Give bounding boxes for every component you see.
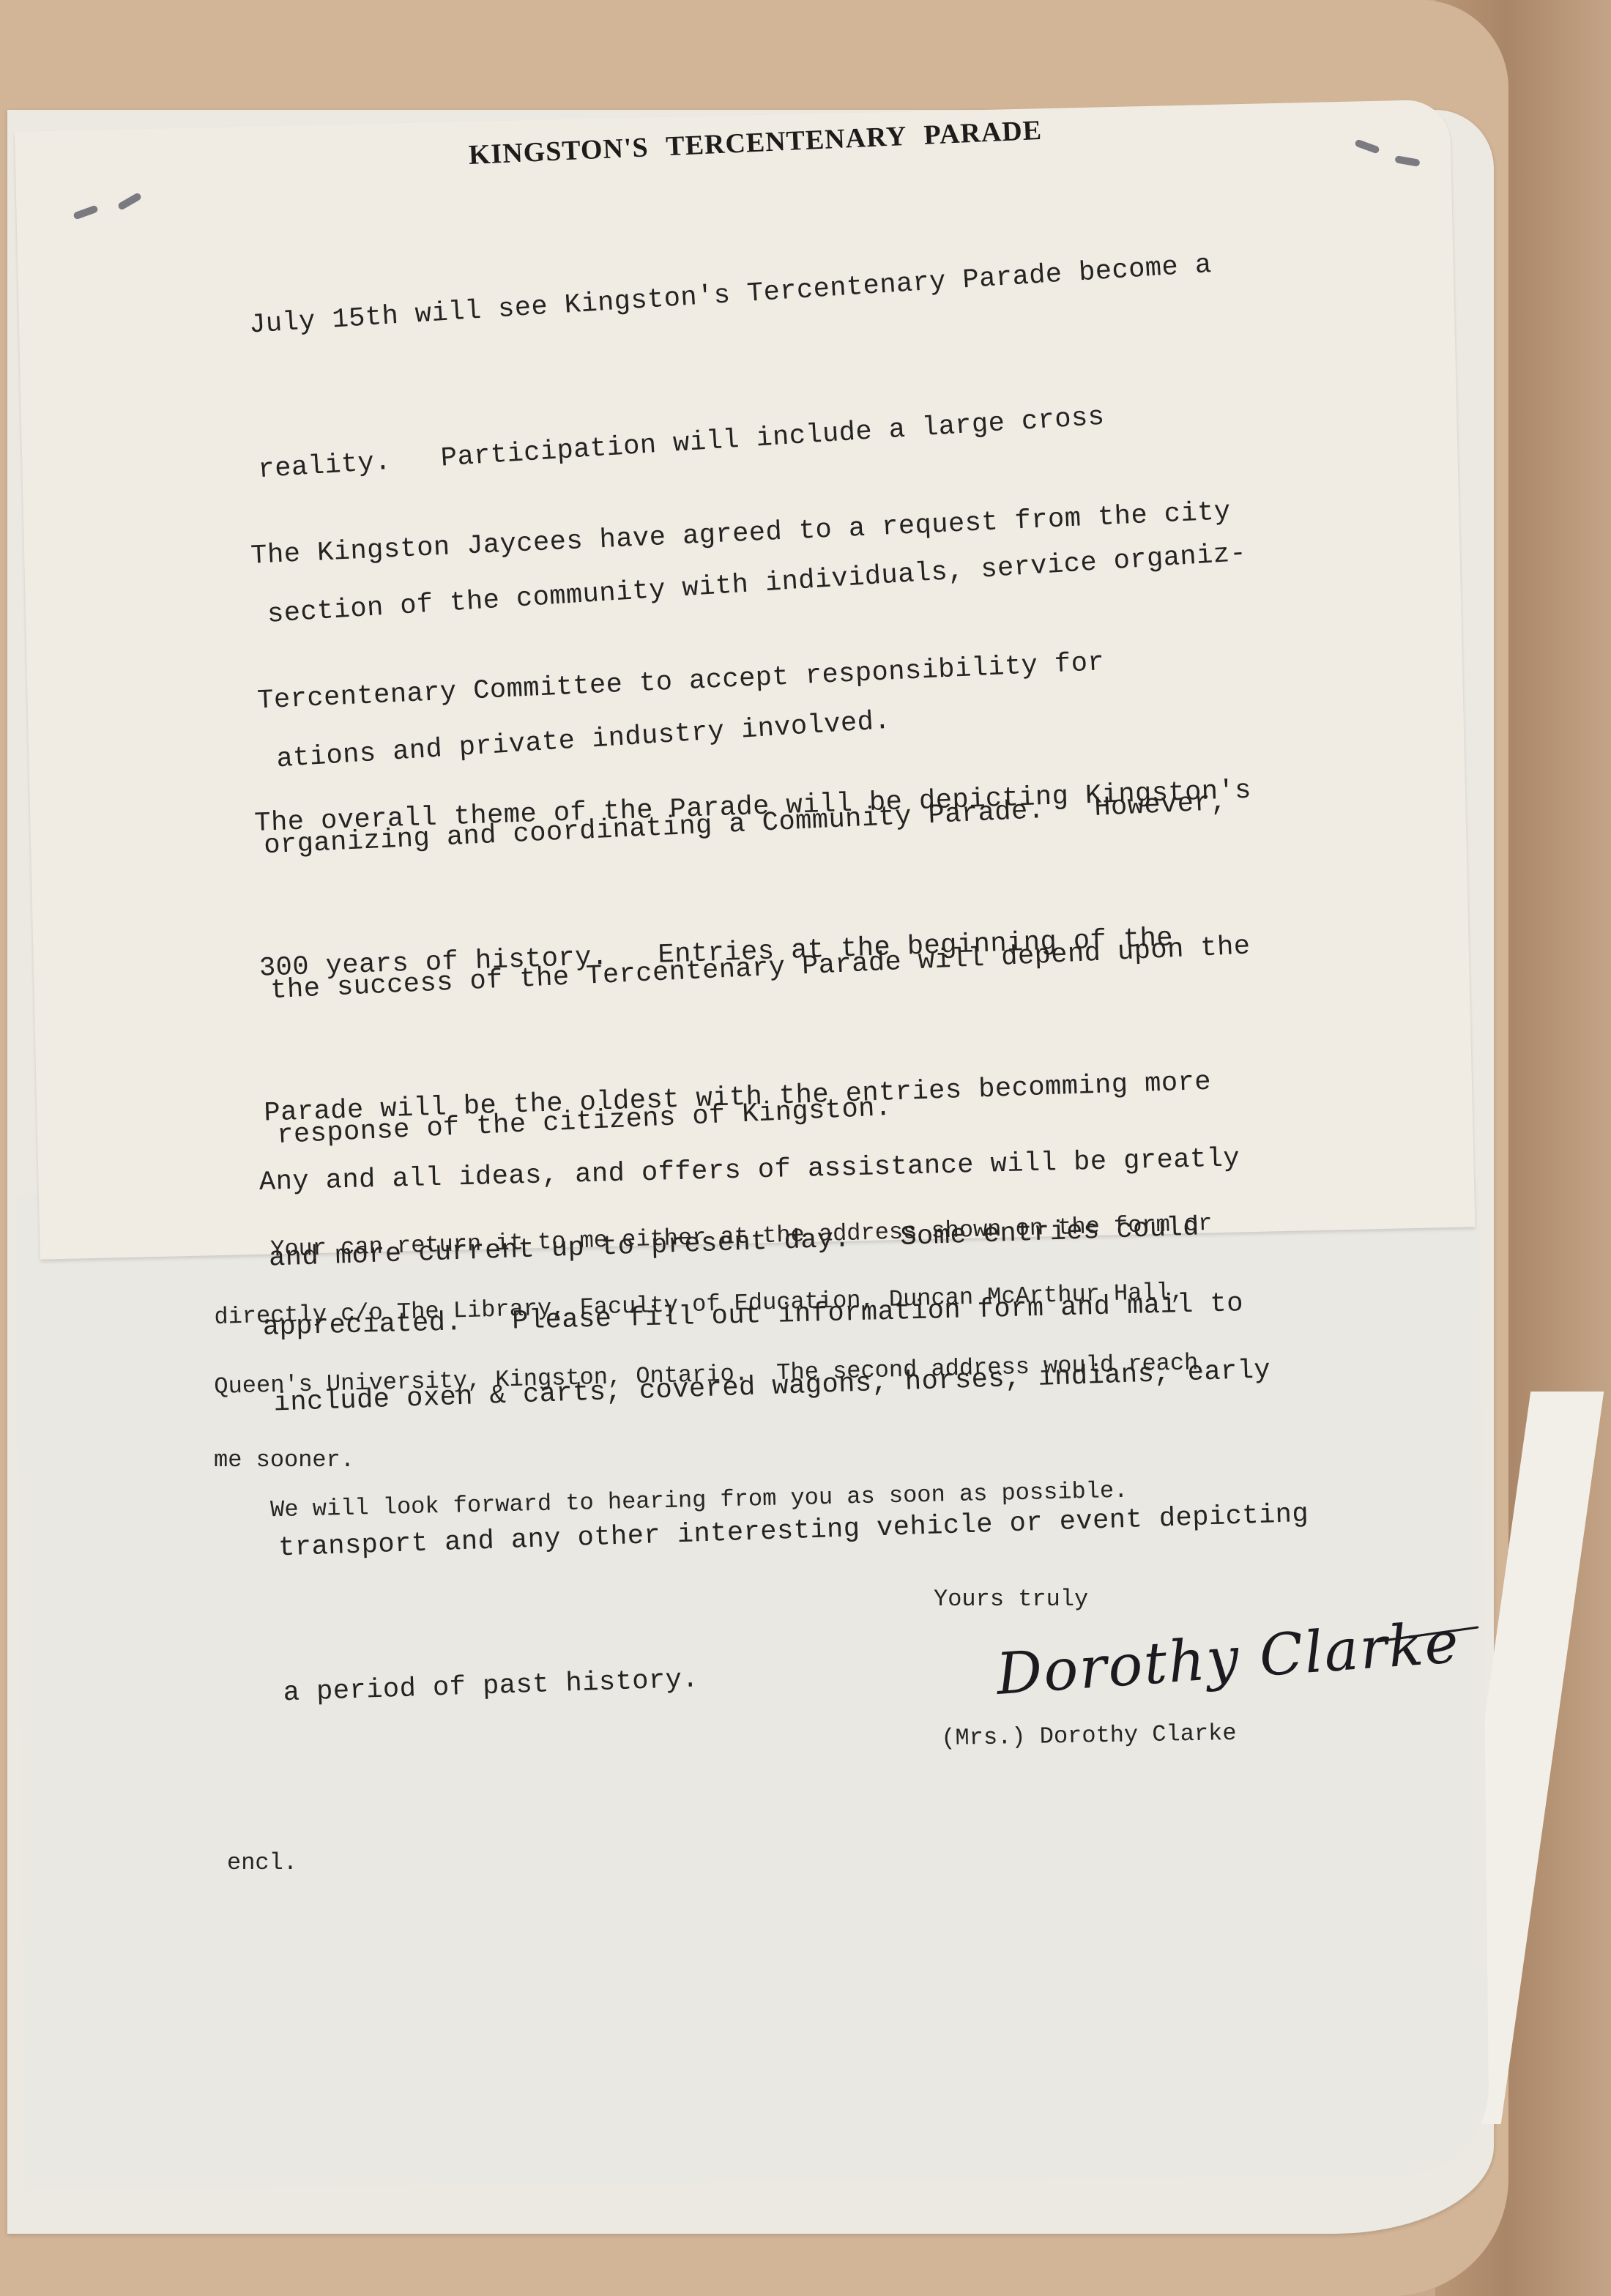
text-line: The Kingston Jaycees have agreed to a re… [250, 488, 1232, 581]
text-line: 300 years of history. Entries at the beg… [258, 910, 1290, 993]
text-line: The overall theme of the Parade will be … [253, 765, 1285, 848]
signer-name: (Mrs.) Dorothy Clarke [941, 1720, 1237, 1752]
letter-line: me sooner. [214, 1446, 354, 1474]
closing: Yours truly [934, 1586, 1088, 1613]
enclosure-note: encl. [227, 1849, 297, 1876]
text-line: Any and all ideas, and offers of assista… [258, 1134, 1240, 1207]
text-line: July 15th will see Kingston's Tercentena… [248, 240, 1229, 350]
